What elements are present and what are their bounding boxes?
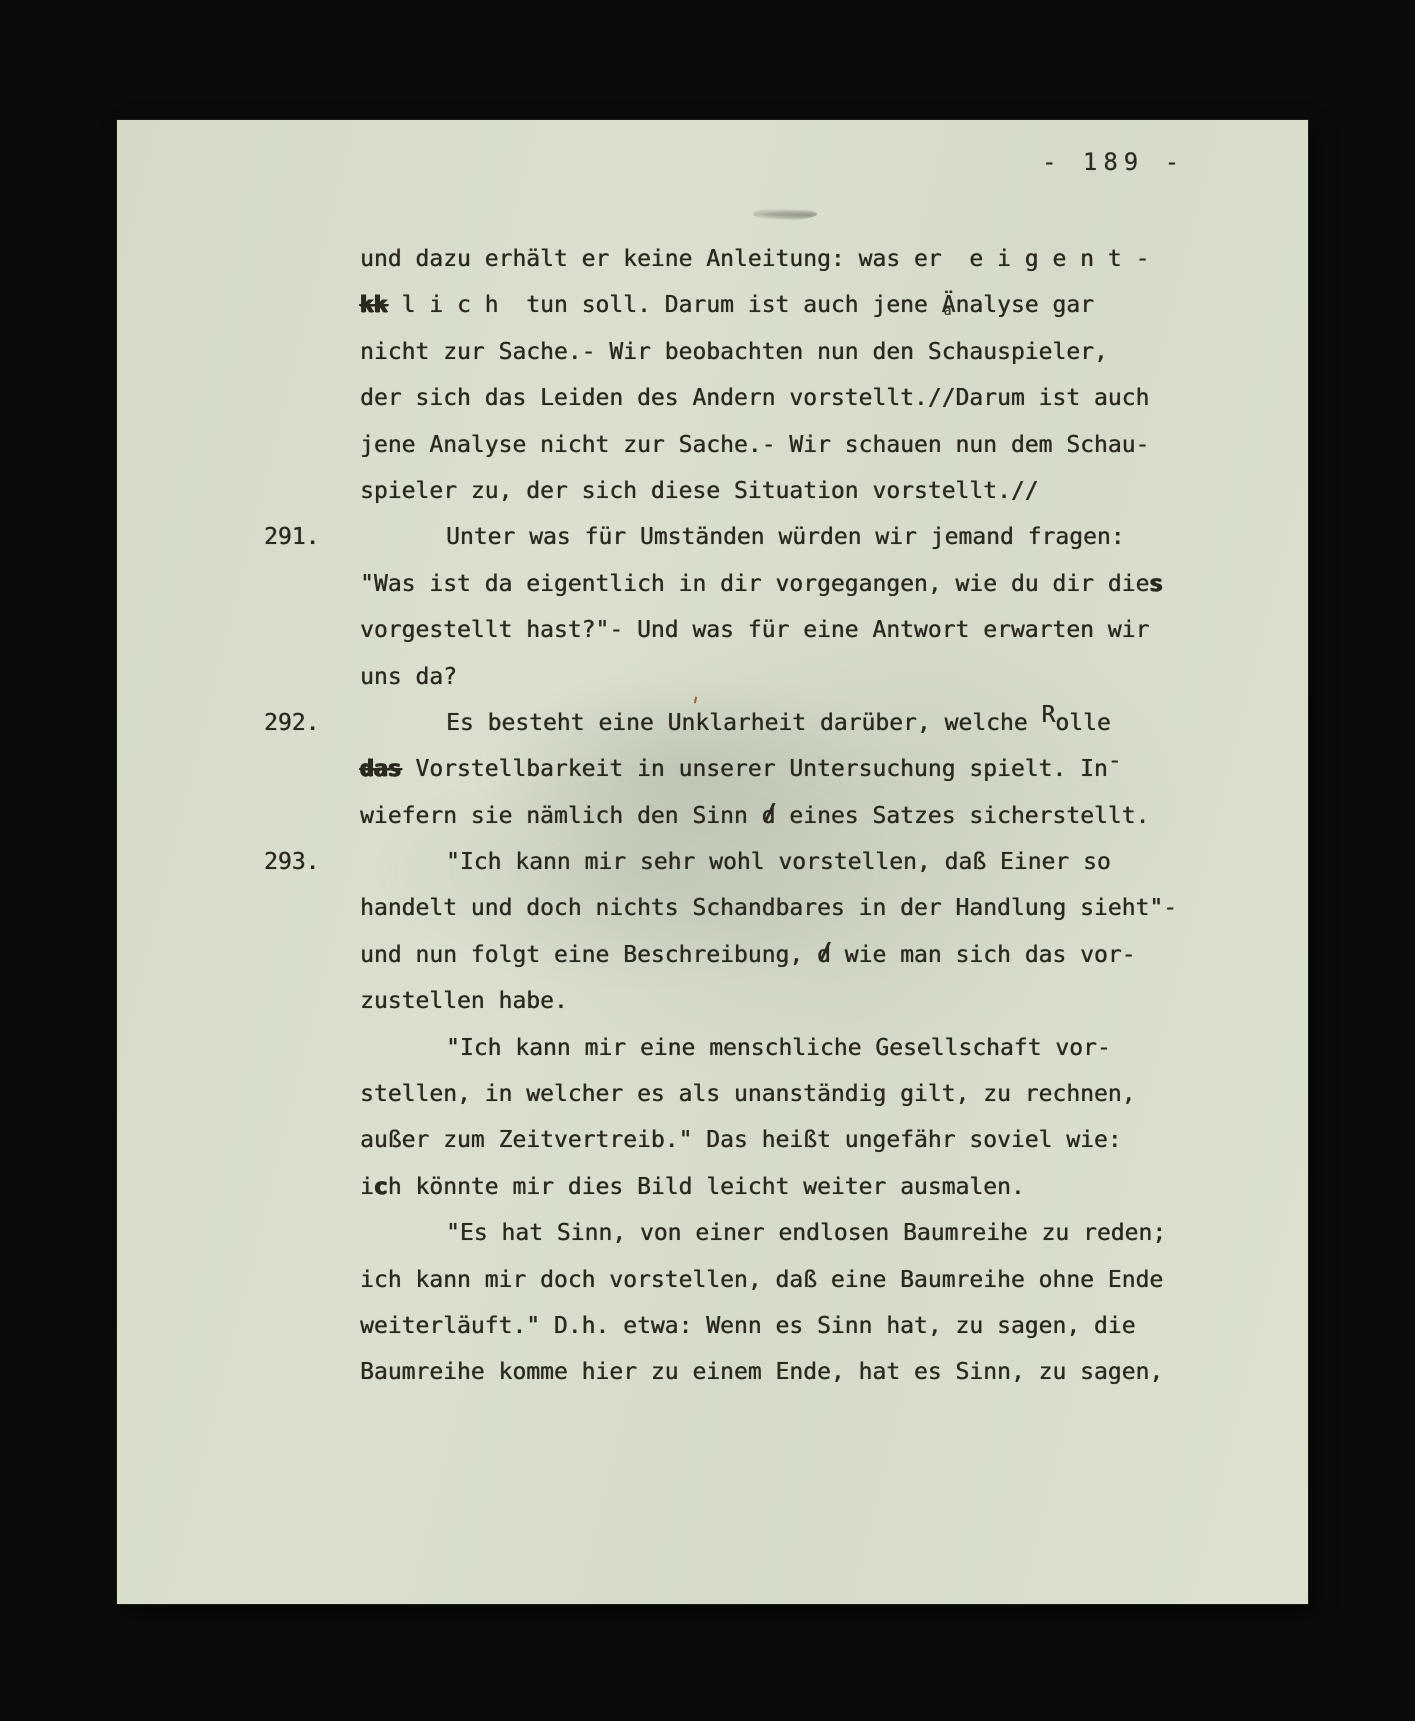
text-segment: uns da? xyxy=(360,664,457,690)
text-line: jene Analyse nicht zur Sache.- Wir schau… xyxy=(360,422,1270,468)
text-line: 293."Ich kann mir sehr wohl vorstellen, … xyxy=(360,839,1270,885)
text-segment: i xyxy=(360,1174,374,1200)
text-segment: R xyxy=(1041,702,1055,728)
text-segment: und nun folgt eine Beschreibung, xyxy=(360,942,817,968)
text-segment: - xyxy=(1108,748,1122,774)
text-line: vorgestellt hast?"- Und was für eine Ant… xyxy=(360,607,1270,653)
text-segment: wie man sich das vor- xyxy=(831,942,1136,968)
text-segment: "Was ist da eigentlich in dir vorgegange… xyxy=(360,571,1149,597)
text-line: das Vorstellbarkeit in unserer Untersuch… xyxy=(360,746,1270,792)
text-segment: nalyse gar xyxy=(955,292,1093,318)
insertion-mark: a xyxy=(944,305,952,318)
text-segment: l i c h tun soll. Darum ist auch jene xyxy=(388,292,942,318)
text-segment: "Es hat Sinn, von einer endlosen Baumrei… xyxy=(446,1220,1166,1246)
text-segment: außer zum Zeitvertreib." Das heißt ungef… xyxy=(360,1127,1122,1153)
typescript-page: - 189 - und dazu erhält er keine Anleitu… xyxy=(117,120,1308,1604)
strikeout-slash: / xyxy=(818,929,832,975)
text-segment: olle xyxy=(1055,710,1110,736)
text-line: handelt und doch nichts Schandbares in d… xyxy=(360,885,1270,931)
text-segment: weiterläuft." D.h. etwa: Wenn es Sinn ha… xyxy=(360,1313,1135,1339)
text-line: und dazu erhält er keine Anleitung: was … xyxy=(360,236,1270,282)
text-line: "Ich kann mir eine menschliche Gesellsch… xyxy=(360,1025,1270,1071)
text-segment: "Ich kann mir sehr wohl vorstellen, daß … xyxy=(446,849,1111,875)
text-line: "Was ist da eigentlich in dir vorgegange… xyxy=(360,561,1270,607)
text-line: weiterläuft." D.h. etwa: Wenn es Sinn ha… xyxy=(360,1303,1270,1349)
text-segment: h könnte mir dies Bild leicht weiter aus… xyxy=(388,1174,1025,1200)
text-segment: d/ xyxy=(762,793,776,839)
paragraph-number: 293. xyxy=(264,839,319,885)
text-segment: Es besteht eine Unklarheit darüber, welc… xyxy=(446,710,1041,736)
text-segment: vorgestellt hast?"- Und was für eine Ant… xyxy=(360,617,1149,643)
text-segment: und dazu erhält er keine Anleitung: was … xyxy=(360,246,1149,272)
text-block: und dazu erhält er keine Anleitung: was … xyxy=(360,236,1270,1396)
text-segment: zustellen habe. xyxy=(360,988,568,1014)
ink-smudge xyxy=(753,208,817,220)
text-line: zustellen habe. xyxy=(360,978,1270,1024)
text-line: der sich das Leiden des Andern vorstellt… xyxy=(360,375,1270,421)
text-line: ich könnte mir dies Bild leicht weiter a… xyxy=(360,1164,1270,1210)
text-segment: nicht zur Sache.- Wir beobachten nun den… xyxy=(360,339,1108,365)
text-segment: d/ xyxy=(817,932,831,978)
text-segment: kk xyxy=(360,292,388,318)
text-segment: ich kann mir doch vorstellen, daß eine B… xyxy=(360,1267,1163,1293)
text-segment: s xyxy=(1149,571,1163,597)
text-segment: der sich das Leiden des Andern vorstellt… xyxy=(360,385,1149,411)
text-line: ich kann mir doch vorstellen, daß eine B… xyxy=(360,1257,1270,1303)
text-segment: handelt und doch nichts Schandbares in d… xyxy=(360,895,1177,921)
paragraph-number: 292. xyxy=(264,700,319,746)
text-line: wiefern sie nämlich den Sinn d/ eines Sa… xyxy=(360,793,1270,839)
text-line: Baumreihe komme hier zu einem Ende, hat … xyxy=(360,1349,1270,1395)
text-segment: "Ich kann mir eine menschliche Gesellsch… xyxy=(446,1035,1111,1061)
text-segment: stellen, in welcher es als unanständig g… xyxy=(360,1081,1135,1107)
strikeout-slash: / xyxy=(763,790,777,836)
text-line: stellen, in welcher es als unanständig g… xyxy=(360,1071,1270,1117)
text-line: "Es hat Sinn, von einer endlosen Baumrei… xyxy=(360,1210,1270,1256)
text-segment: Äa xyxy=(942,282,956,328)
text-line: uns da? xyxy=(360,654,1270,700)
text-segment: spieler zu, der sich diese Situation vor… xyxy=(360,478,1039,504)
text-line: 291.Unter was für Umständen würden wir j… xyxy=(360,514,1270,560)
text-segment: Baumreihe komme hier zu einem Ende, hat … xyxy=(360,1359,1163,1385)
text-segment: c xyxy=(374,1174,388,1200)
photo-background: { "page": { "number": "- 189 -", "paper_… xyxy=(0,0,1415,1721)
text-segment: wiefern sie nämlich den Sinn xyxy=(360,803,762,829)
text-line: und nun folgt eine Beschreibung, d/ wie … xyxy=(360,932,1270,978)
text-segment: eines Satzes sicherstellt. xyxy=(775,803,1149,829)
text-line: 292.Es besteht eine Unklarheit darüber, … xyxy=(360,700,1270,746)
text-line: nicht zur Sache.- Wir beobachten nun den… xyxy=(360,329,1270,375)
text-line: kk l i c h tun soll. Darum ist auch jene… xyxy=(360,282,1270,328)
text-line: außer zum Zeitvertreib." Das heißt ungef… xyxy=(360,1117,1270,1163)
text-segment: das xyxy=(360,756,402,782)
text-segment: Unter was für Umständen würden wir jeman… xyxy=(446,524,1125,550)
text-segment: Vorstellbarkeit in unserer Untersuchung … xyxy=(402,756,1108,782)
text-segment: jene Analyse nicht zur Sache.- Wir schau… xyxy=(360,432,1149,458)
paragraph-number: 291. xyxy=(264,514,319,560)
page-number: - 189 - xyxy=(1042,148,1185,176)
text-line: spieler zu, der sich diese Situation vor… xyxy=(360,468,1270,514)
